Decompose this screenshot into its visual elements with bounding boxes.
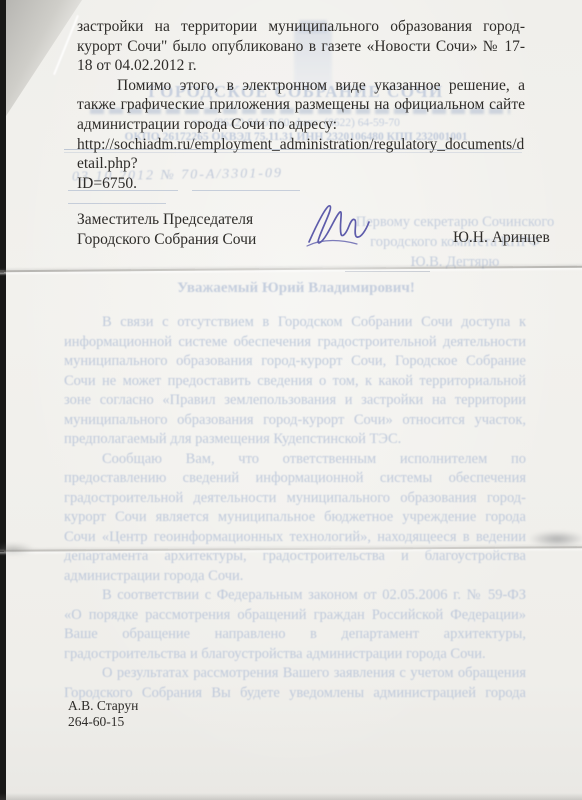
ghost-body-paragraph: В соответствии с Федеральным законом от … — [64, 586, 526, 664]
signer-name: Ю.Н. Аринцев — [453, 229, 550, 247]
signer-title-line2: Городского Собрания Сочи — [77, 230, 256, 250]
scanner-edge-strip — [0, 0, 6, 800]
executor-block: А.В. Старун 264-60-15 — [68, 698, 138, 730]
ghost-salutation: Уважаемый Юрий Владимирович! — [66, 280, 526, 297]
signer-title-block: Заместитель Председателя Городского Собр… — [77, 210, 256, 249]
executor-phone: 264-60-15 — [68, 714, 138, 730]
letter-paragraph-website: Помимо этого, в электронном виде указанн… — [77, 76, 525, 135]
ghost-body-paragraph: Сообщаю Вам, что ответственным исполните… — [64, 450, 526, 587]
letter-url-text: http://sochiadm.ru/employment_administra… — [77, 135, 525, 174]
letter-url-id-text: ID=6750. — [77, 174, 525, 194]
signer-title-line1: Заместитель Председателя — [77, 210, 256, 230]
scanned-letter-page: ГОРОДСКОЕ СОБРАНИЕ СОЧИ тел. (8622) 64-5… — [0, 0, 582, 800]
letter-paragraph-publication: застройки на территории муниципального о… — [77, 17, 525, 76]
ghost-body-paragraph: В связи с отсутствием в Городском Собран… — [64, 313, 526, 450]
scan-smudge — [528, 531, 582, 547]
ghost-recipient-underline — [345, 271, 430, 272]
bottom-scan-shadow — [0, 793, 582, 800]
scan-smudge — [0, 543, 34, 555]
executor-name: А.В. Старун — [68, 698, 138, 714]
handwritten-signature — [303, 196, 377, 258]
ghost-reg-underline — [68, 203, 166, 204]
ghost-letter-body: В связи с отсутствием в Городском Собран… — [64, 313, 526, 705]
letter-body-top: застройки на территории муниципального о… — [77, 17, 525, 193]
